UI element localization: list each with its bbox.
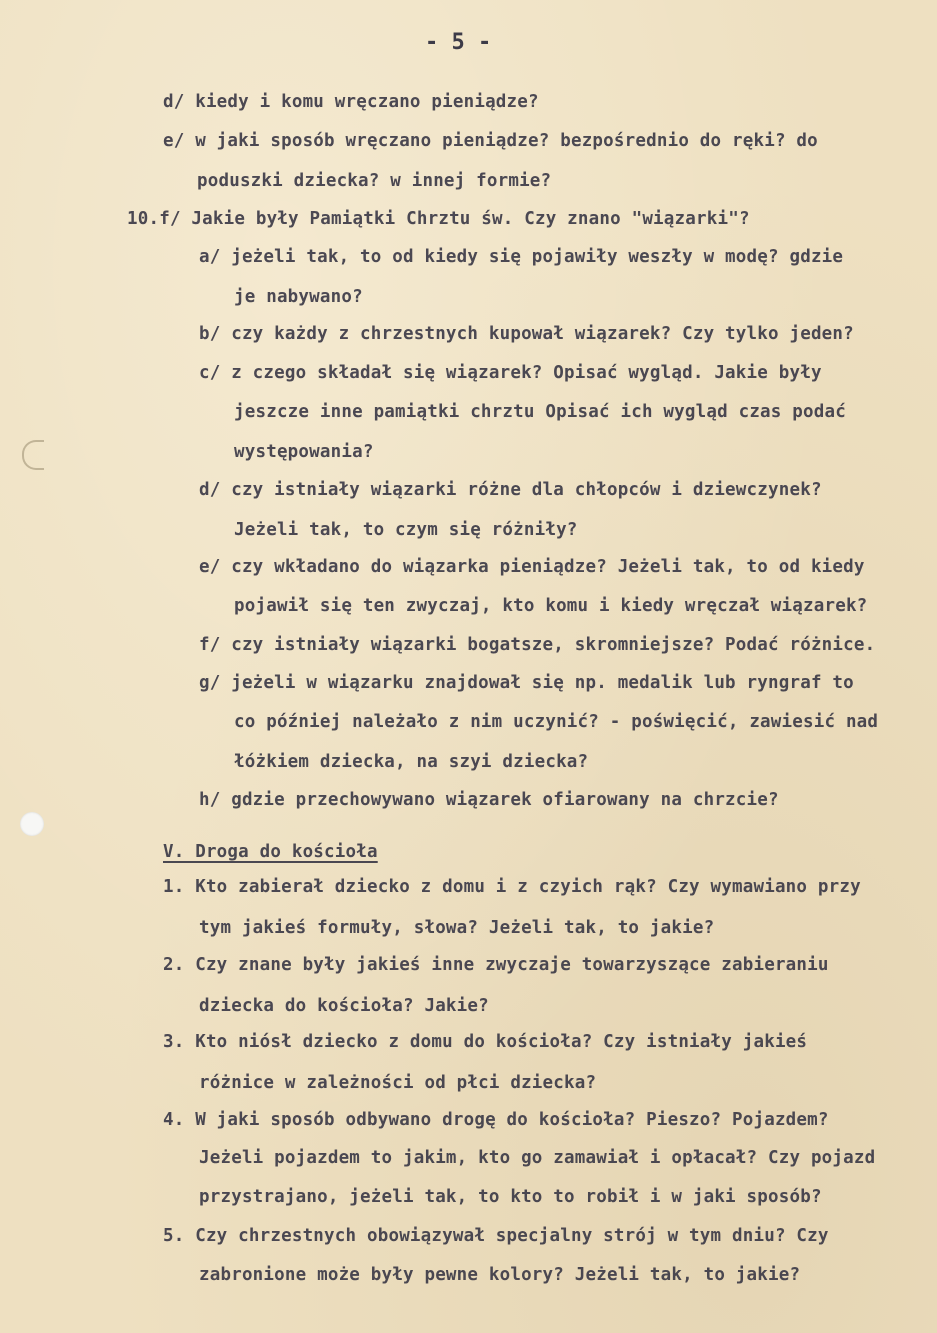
- section-v-q5-line2: zabronione może były pewne kolory? Jeżel…: [199, 1265, 800, 1285]
- margin-bracket-mark: [22, 440, 44, 470]
- question-e-line2: poduszki dziecka? w innej formie?: [197, 171, 551, 191]
- question-10g-line1: g/ jeżeli w wiązarku znajdował się np. m…: [199, 673, 854, 693]
- section-v-q2-line1: 2. Czy znane były jakieś inne zwyczaje t…: [163, 955, 829, 975]
- question-10b: b/ czy każdy z chrzestnych kupował wiąza…: [199, 324, 854, 344]
- section-v-q4-line1: 4. W jaki sposób odbywano drogę do kości…: [163, 1110, 829, 1130]
- section-v-q1-line2: tym jakieś formuły, słowa? Jeżeli tak, t…: [199, 918, 714, 938]
- section-v-q3-line2: różnice w zależności od płci dziecka?: [199, 1073, 596, 1093]
- question-10a-line2: je nabywano?: [234, 287, 363, 307]
- section-v-q3-line1: 3. Kto niósł dziecko z domu do kościoła?…: [163, 1032, 807, 1052]
- question-10c-line2: jeszcze inne pamiątki chrztu Opisać ich …: [234, 402, 846, 422]
- question-d: d/ kiedy i komu wręczano pieniądze?: [163, 92, 539, 112]
- section-v-q4-line2: Jeżeli pojazdem to jakim, kto go zamawia…: [199, 1148, 875, 1168]
- question-10d-line2: Jeżeli tak, to czym się różniły?: [234, 520, 578, 540]
- question-10-title: 10.f/ Jakie były Pamiątki Chrztu św. Czy…: [127, 209, 750, 229]
- section-v-q5-line1: 5. Czy chrzestnych obowiązywał specjalny…: [163, 1226, 829, 1246]
- hole-punch: [20, 812, 44, 836]
- question-10e-line2: pojawił się ten zwyczaj, kto komu i kied…: [234, 596, 867, 616]
- question-10a-line1: a/ jeżeli tak, to od kiedy się pojawiły …: [199, 247, 843, 267]
- question-e-line1: e/ w jaki sposób wręczano pieniądze? bez…: [163, 131, 818, 151]
- paper-background: [0, 0, 937, 1333]
- section-v-heading: V. Droga do kościoła: [163, 842, 378, 862]
- page-number: - 5 -: [425, 30, 491, 55]
- section-v-q4-line3: przystrajano, jeżeli tak, to kto to robi…: [199, 1187, 822, 1207]
- question-10h: h/ gdzie przechowywano wiązarek ofiarowa…: [199, 790, 779, 810]
- question-10g-line2: co później należało z nim uczynić? - poś…: [234, 712, 878, 732]
- question-10d-line1: d/ czy istniały wiązarki różne dla chłop…: [199, 480, 822, 500]
- question-10e-line1: e/ czy wkładano do wiązarka pieniądze? J…: [199, 557, 865, 577]
- question-10c-line1: c/ z czego składał się wiązarek? Opisać …: [199, 363, 822, 383]
- section-v-q1-line1: 1. Kto zabierał dziecko z domu i z czyic…: [163, 877, 861, 897]
- question-10g-line3: łóżkiem dziecka, na szyi dziecka?: [234, 752, 588, 772]
- section-v-q2-line2: dziecka do kościoła? Jakie?: [199, 996, 489, 1016]
- question-10c-line3: występowania?: [234, 442, 374, 462]
- question-10f: f/ czy istniały wiązarki bogatsze, skrom…: [199, 635, 875, 655]
